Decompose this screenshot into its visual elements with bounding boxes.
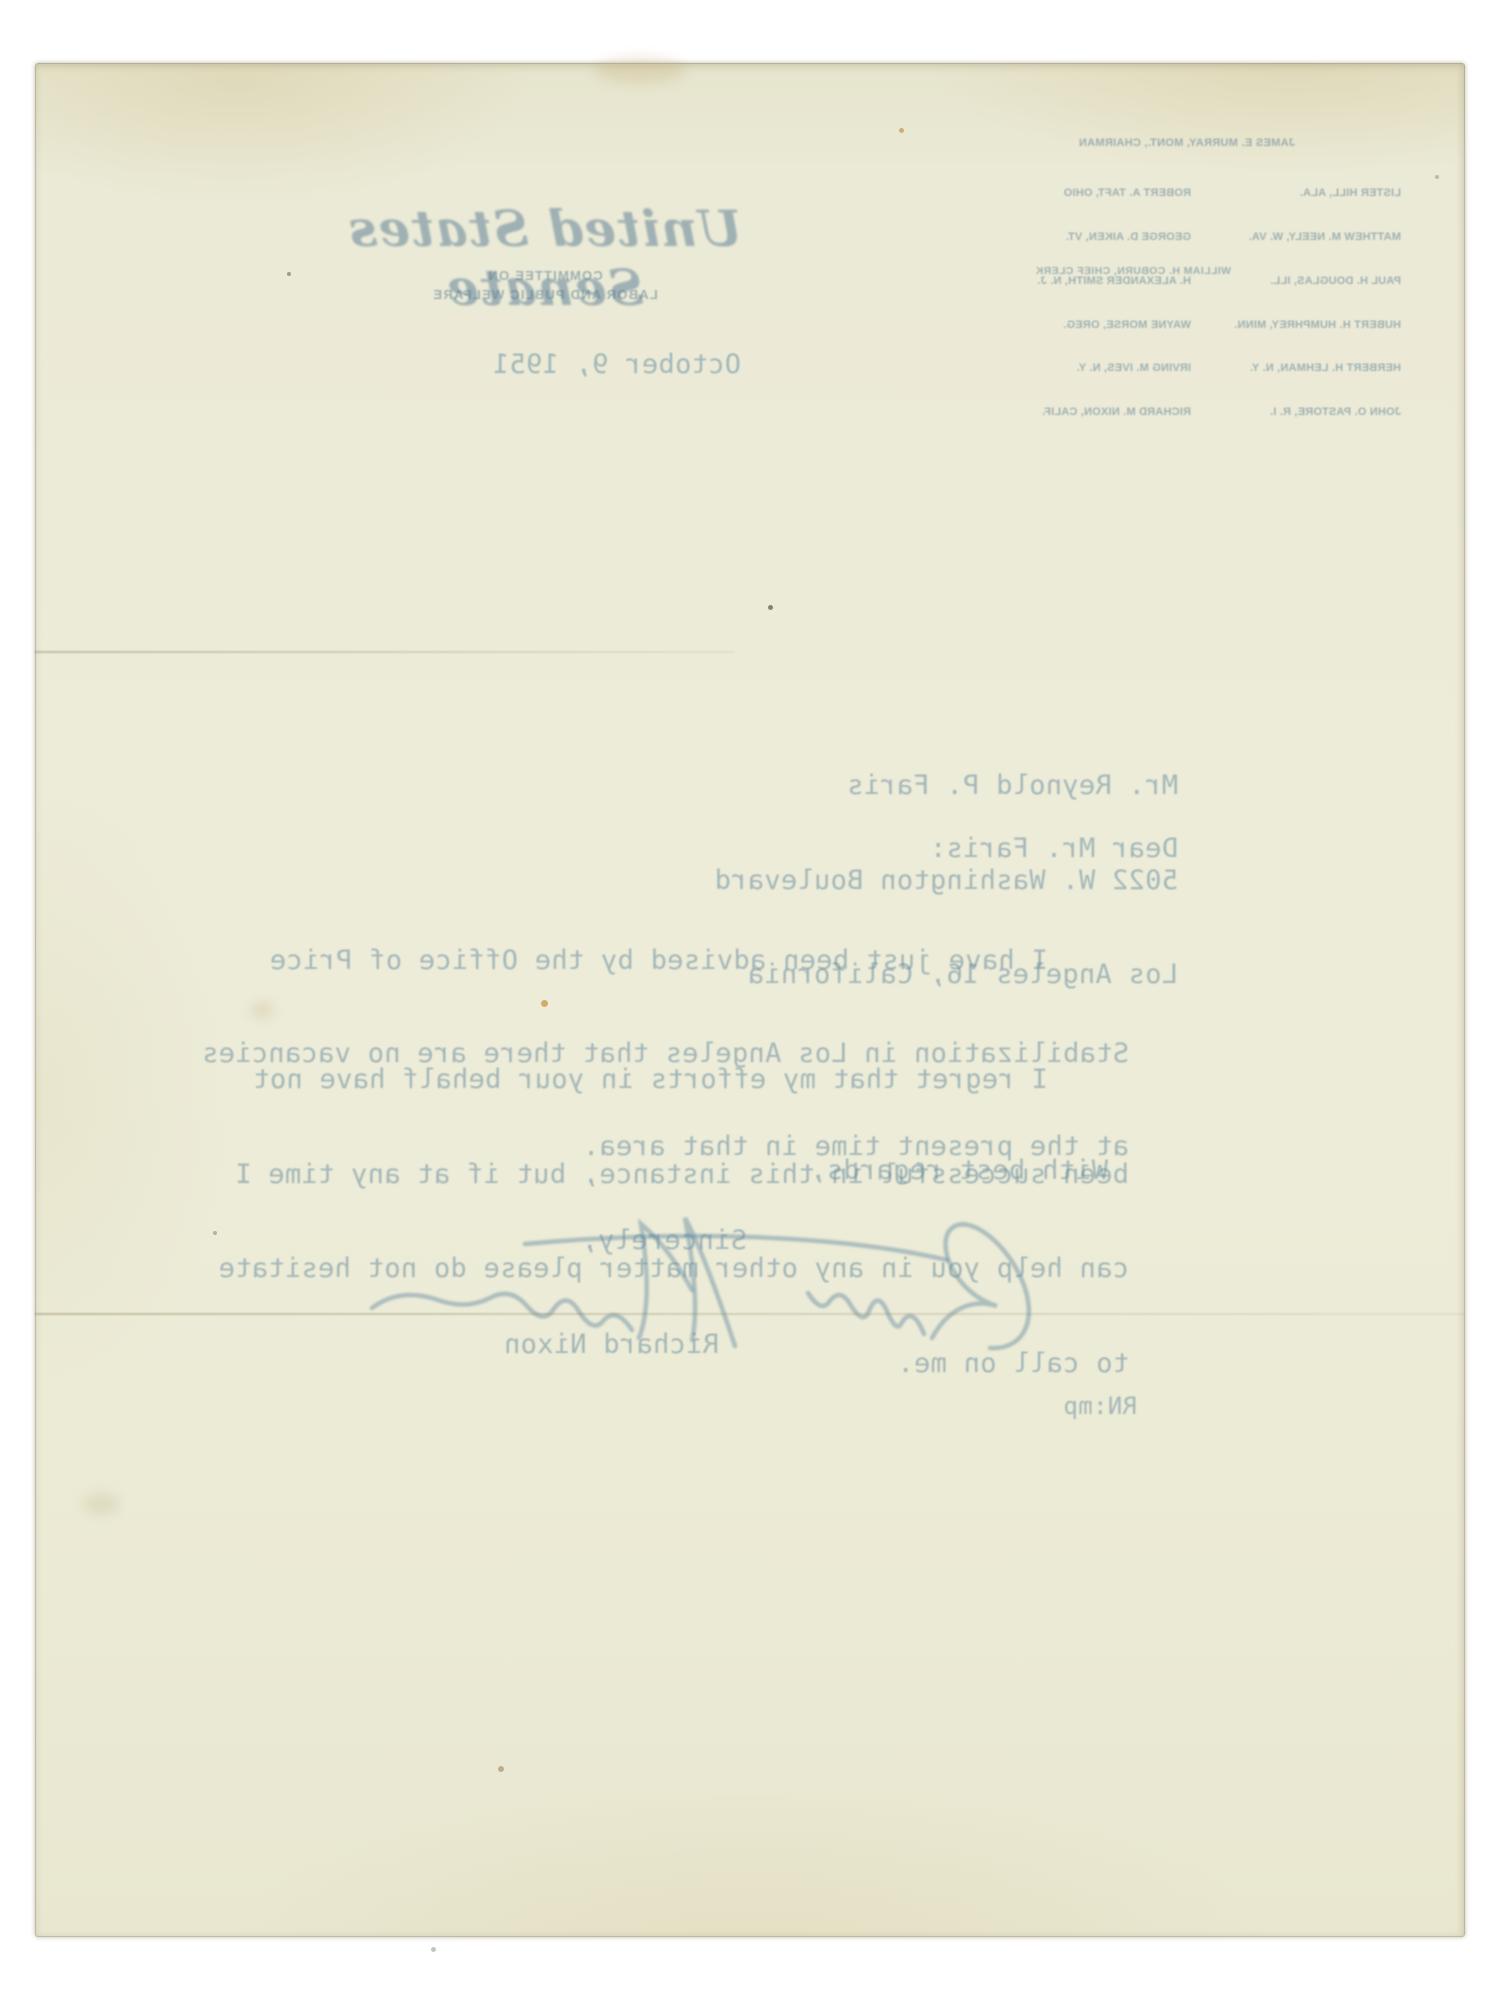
member-name: HERBERT H. LEHMAN, N. Y. <box>1234 361 1401 376</box>
letterhead-members-left: LISTER HILL, ALA. MATTHEW M. NEELY, W. V… <box>1234 157 1401 449</box>
recipient-name-line: Mr. Reynold P. Faris <box>714 770 1178 802</box>
member-name: ROBERT A. TAFT, OHIO <box>1037 186 1191 201</box>
stain <box>83 1493 119 1515</box>
letterhead-chief-clerk: WILLIAM H. COBURN, CHIEF CLERK <box>1035 265 1231 277</box>
member-name: JOHN O. PASTORE, R. I. <box>1234 405 1401 420</box>
mirrored-letter-layer: JAMES E. MURRAY, MONT., CHAIRMAN LISTER … <box>35 63 1465 1937</box>
speck <box>541 1000 548 1007</box>
letterhead-members-right: ROBERT A. TAFT, OHIO GEORGE D. AIKEN, VT… <box>1037 157 1191 449</box>
letterhead-chairman: JAMES E. MURRAY, MONT., CHAIRMAN <box>1079 137 1295 149</box>
date-line: October 9, 1951 <box>493 349 741 380</box>
salutation-line: Dear Mr. Faris: <box>930 833 1178 864</box>
scanned-letter-verso: JAMES E. MURRAY, MONT., CHAIRMAN LISTER … <box>0 0 1500 2000</box>
speck <box>431 1947 436 1952</box>
speck <box>213 1231 217 1235</box>
speck <box>498 1766 504 1772</box>
reference-initials: RN:mp <box>1063 1391 1137 1422</box>
member-name: HUBERT H. HUMPHREY, MINN. <box>1234 318 1401 333</box>
body-line: I have just been advised by the Office o… <box>149 945 1129 976</box>
member-name: MATTHEW M. NEELY, W. VA. <box>1234 230 1401 245</box>
member-name: WAYNE MORSE, OREG. <box>1037 318 1191 333</box>
member-name: IRVING M. IVES, N. Y. <box>1037 361 1191 376</box>
member-name: LISTER HILL, ALA. <box>1234 186 1401 201</box>
speck <box>768 605 773 610</box>
regards-line: With best regards, <box>810 1155 1108 1186</box>
stain <box>251 1003 273 1017</box>
speck <box>1435 175 1439 179</box>
member-name: GEORGE D. AIKEN, VT. <box>1037 230 1191 245</box>
paper-sheet: JAMES E. MURRAY, MONT., CHAIRMAN LISTER … <box>35 63 1465 1937</box>
fold-crease-lower <box>35 1313 1465 1315</box>
speck <box>899 128 904 133</box>
speck <box>287 272 291 276</box>
fold-crease-upper <box>35 651 735 653</box>
typed-signature-name: Richard Nixon <box>504 1329 719 1360</box>
member-name: RICHARD M. NIXON, CALIF. <box>1037 405 1191 420</box>
committee-line-1: COMMITTEE ON <box>265 268 825 283</box>
committee-line-2: LABOR AND PUBLIC WELFARE <box>265 287 825 302</box>
member-name: PAUL H. DOUGLAS, ILL. <box>1234 274 1401 289</box>
body-line: I regret that my efforts in your behalf … <box>149 1064 1129 1096</box>
stain <box>595 57 685 83</box>
